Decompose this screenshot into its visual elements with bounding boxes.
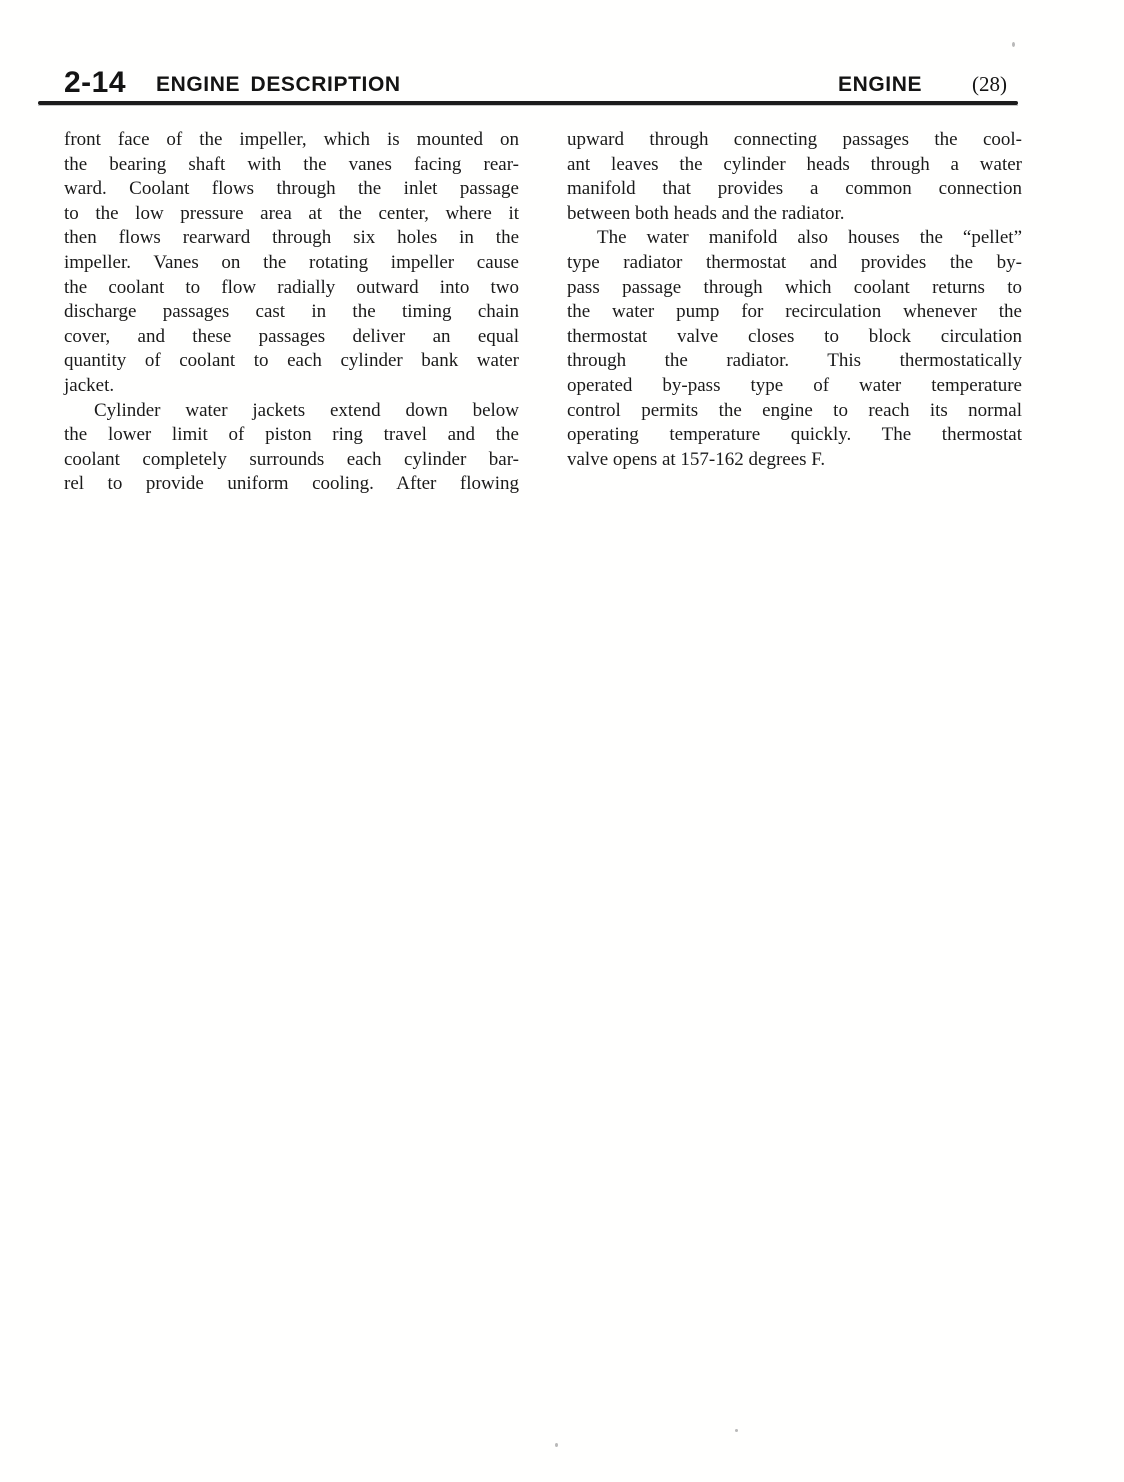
scan-artifact [555,1443,558,1447]
text-line: operated by-pass type of water temperatu… [567,374,1022,399]
text-line: valve opens at 157-162 degrees F. [567,448,1022,473]
text-line: then flows rearward through six holes in… [64,226,519,251]
text-line: upward through connecting passages the c… [567,128,1022,153]
running-head: ENGINE [838,73,922,97]
text-line: pass passage through which coolant retur… [567,276,1022,301]
text-line: the water pump for recirculation wheneve… [567,300,1022,325]
text-line: through the radiator. This thermostatica… [567,349,1022,374]
text-line: Cylinder water jackets extend down below [64,399,519,424]
paragraph: The water manifold also houses the “pell… [567,226,1022,472]
section-title: ENGINE DESCRIPTION [156,73,401,97]
page-reference: (28) [972,72,1007,97]
page-header: 2-14 ENGINE DESCRIPTION ENGINE (28) [0,66,1124,106]
text-line: thermostat valve closes to block circula… [567,325,1022,350]
scan-artifact [735,1429,738,1432]
text-line: operating temperature quickly. The therm… [567,423,1022,448]
text-line: ant leaves the cylinder heads through a … [567,153,1022,178]
text-line: control permits the engine to reach its … [567,399,1022,424]
text-line: rel to provide uniform cooling. After fl… [64,472,519,497]
text-line: between both heads and the radiator. [567,202,1022,227]
text-line: The water manifold also houses the “pell… [567,226,1022,251]
text-line: to the low pressure area at the center, … [64,202,519,227]
column-left: front face of the impeller, which is mou… [64,128,519,497]
header-rule [38,101,1018,105]
body-text: front face of the impeller, which is mou… [64,128,1022,497]
text-line: the lower limit of piston ring travel an… [64,423,519,448]
manual-page: 2-14 ENGINE DESCRIPTION ENGINE (28) fron… [0,0,1124,1482]
text-line: ward. Coolant flows through the inlet pa… [64,177,519,202]
text-line: cover, and these passages deliver an equ… [64,325,519,350]
paragraph: Cylinder water jackets extend down below… [64,399,519,497]
text-line: jacket. [64,374,519,399]
text-line: impeller. Vanes on the rotating impeller… [64,251,519,276]
text-line: coolant completely surrounds each cylind… [64,448,519,473]
text-line: front face of the impeller, which is mou… [64,128,519,153]
text-line: type radiator thermostat and provides th… [567,251,1022,276]
text-line: the bearing shaft with the vanes facing … [64,153,519,178]
paragraph: front face of the impeller, which is mou… [64,128,519,399]
text-line: the coolant to flow radially outward int… [64,276,519,301]
text-line: manifold that provides a common connecti… [567,177,1022,202]
text-line: quantity of coolant to each cylinder ban… [64,349,519,374]
paragraph: upward through connecting passages the c… [567,128,1022,226]
column-right: upward through connecting passages the c… [567,128,1022,497]
scan-artifact [1012,42,1015,47]
page-number: 2-14 [64,66,126,100]
text-line: discharge passages cast in the timing ch… [64,300,519,325]
